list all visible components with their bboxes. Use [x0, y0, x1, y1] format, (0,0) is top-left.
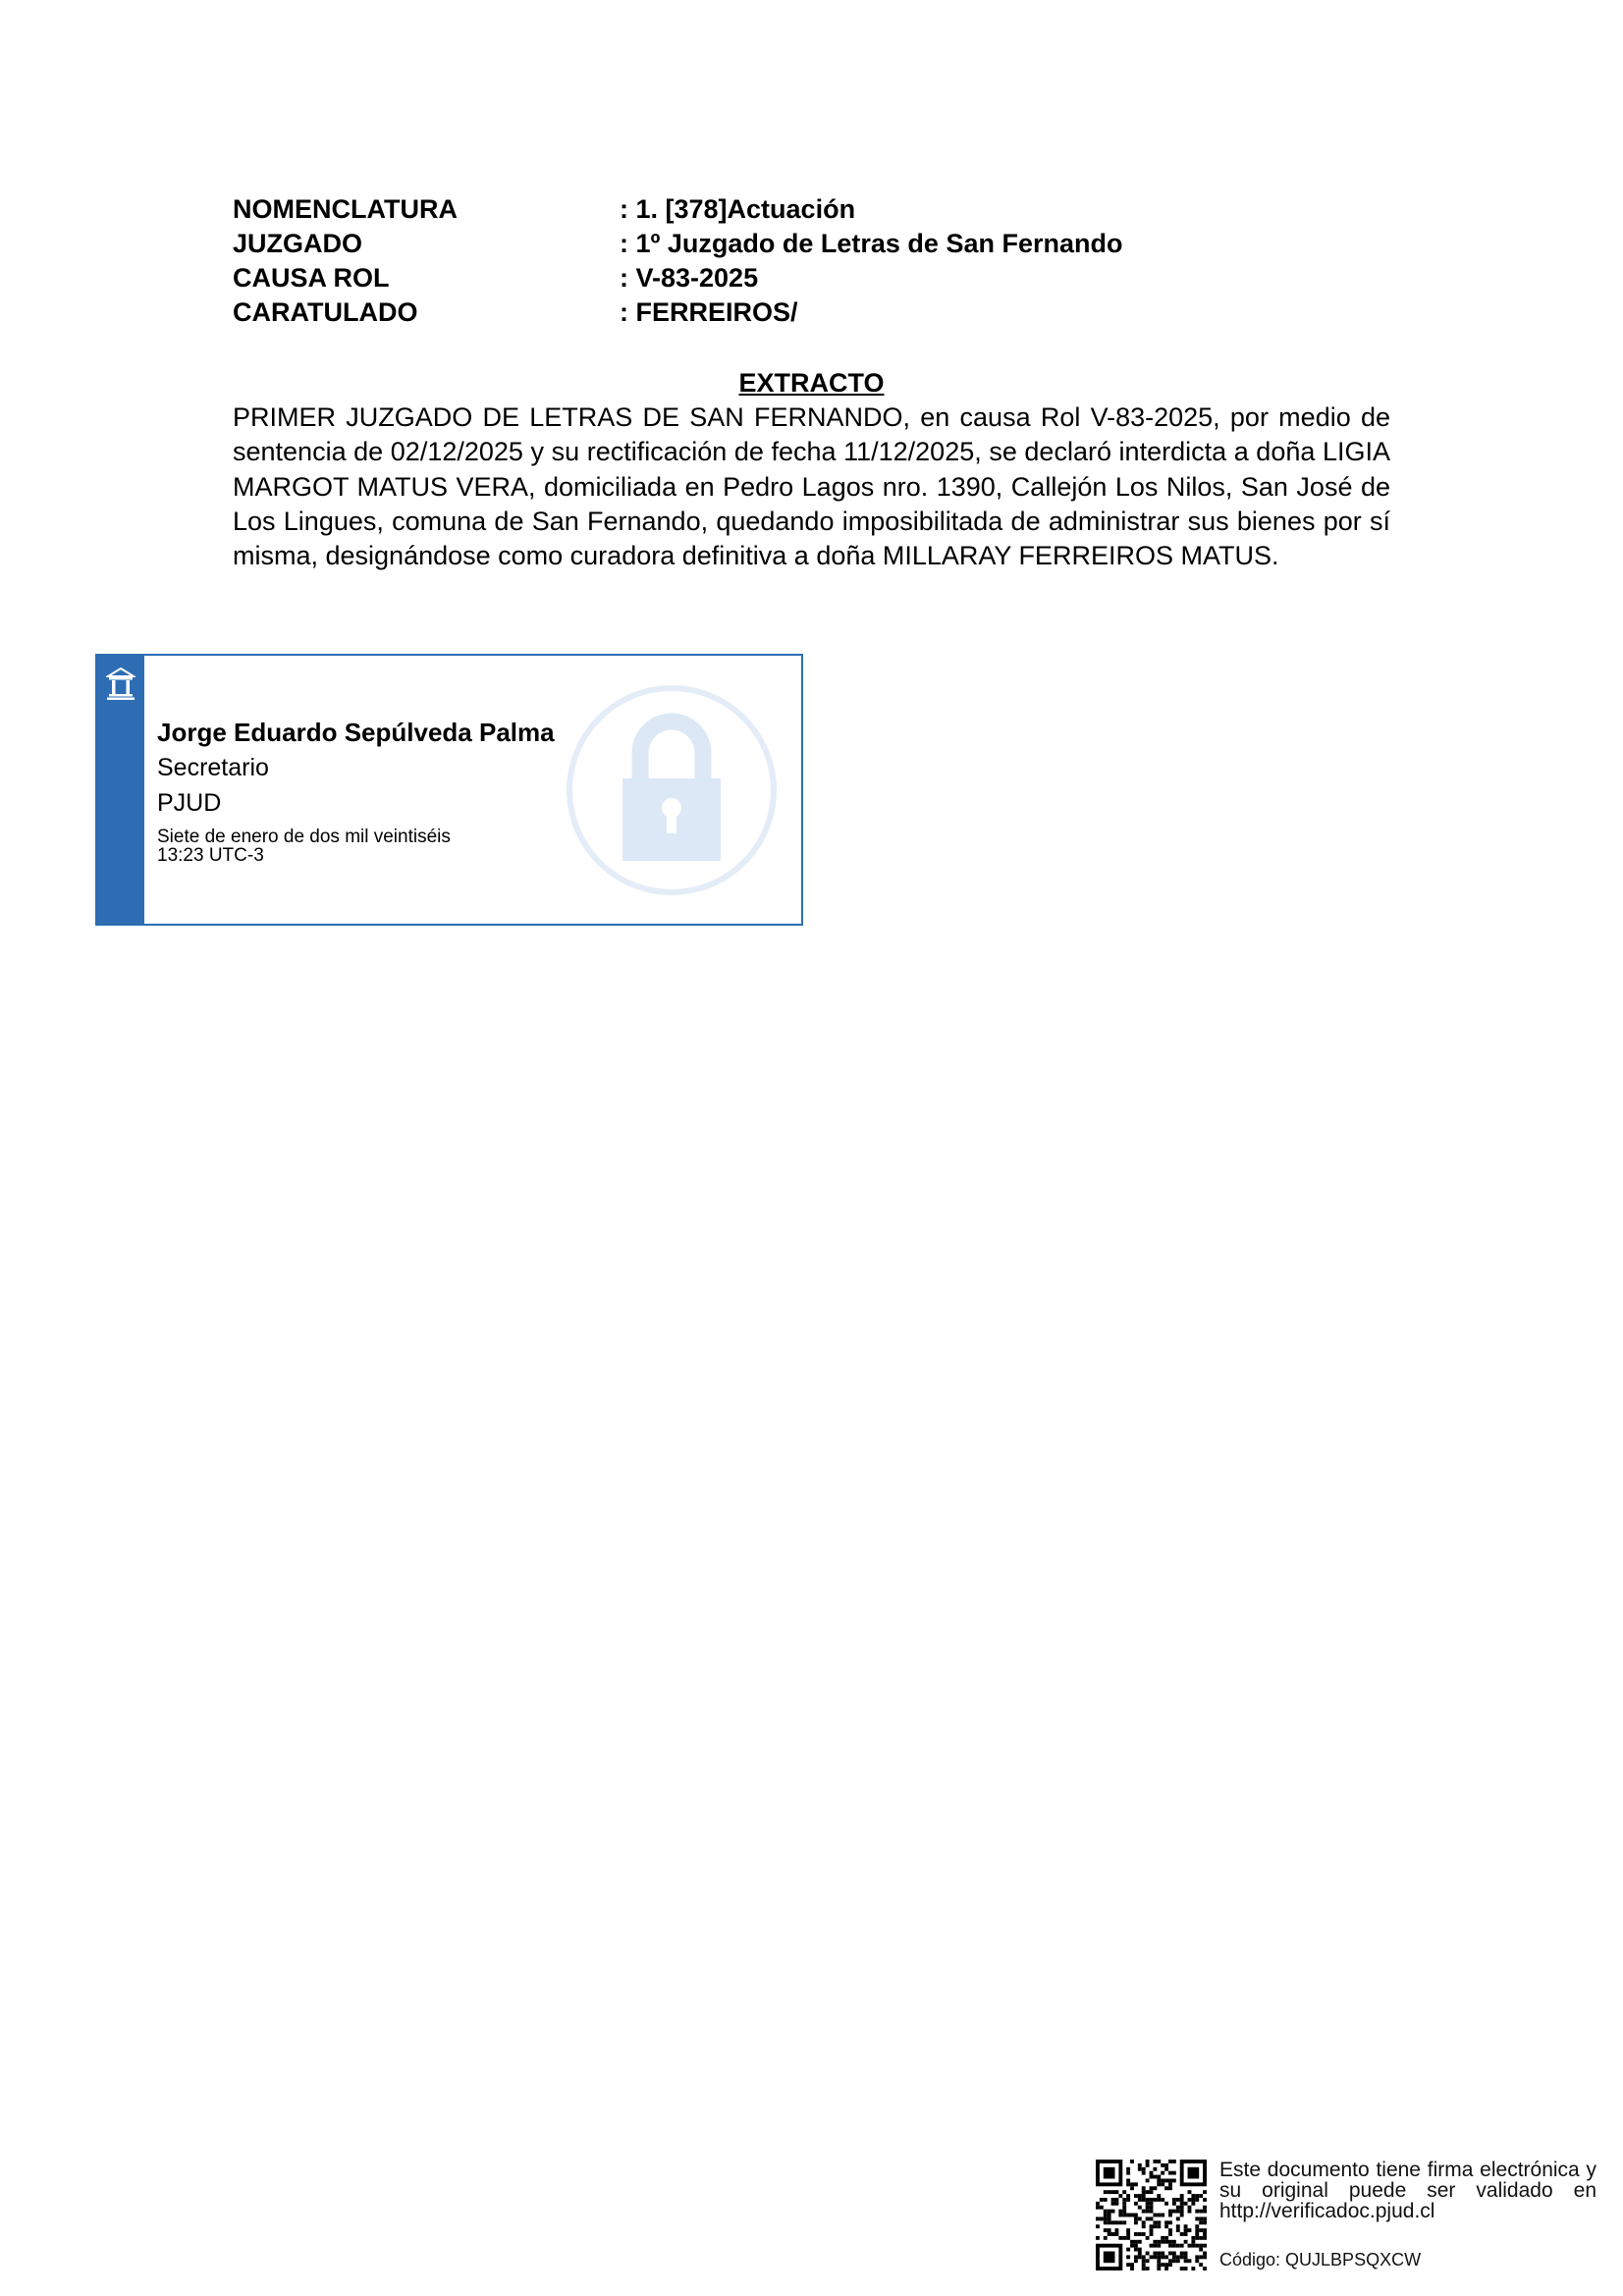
- verification-footer: Este documento tiene firma electrónica y…: [1096, 2160, 1606, 2272]
- case-header: NOMENCLATURA : 1. [378]Actuación JUZGADO…: [233, 192, 1122, 330]
- signature-time: 13:23 UTC-3: [157, 846, 451, 865]
- padlock-icon: [564, 682, 780, 898]
- field-label: CARATULADO: [233, 295, 620, 330]
- field-label: CAUSA ROL: [233, 261, 620, 295]
- signature-accent-bar: [97, 656, 144, 924]
- extracto-title: EXTRACTO: [233, 366, 1390, 400]
- signer-role: Secretario: [157, 754, 269, 782]
- field-value: : 1. [378]Actuación: [620, 192, 855, 227]
- verification-notice: Este documento tiene firma electrónica y…: [1219, 2160, 1596, 2221]
- signature-datetime: Siete de enero de dos mil veintiséis 13:…: [157, 828, 451, 865]
- header-row-juzgado: JUZGADO : 1º Juzgado de Letras de San Fe…: [233, 227, 1122, 261]
- verification-code: Código: QUJLBPSQXCW: [1219, 2250, 1421, 2270]
- field-value: : V-83-2025: [620, 261, 758, 295]
- header-row-caratulado: CARATULADO : FERREIROS/: [233, 295, 1122, 330]
- field-label: JUZGADO: [233, 227, 620, 261]
- field-value: : 1º Juzgado de Letras de San Fernando: [620, 227, 1122, 261]
- signature-date: Siete de enero de dos mil veintiséis: [157, 828, 451, 846]
- header-row-nomenclatura: NOMENCLATURA : 1. [378]Actuación: [233, 192, 1122, 227]
- field-label: NOMENCLATURA: [233, 192, 620, 227]
- signature-box: Jorge Eduardo Sepúlveda Palma Secretario…: [95, 654, 803, 926]
- field-value: : FERREIROS/: [620, 295, 798, 330]
- header-row-causa-rol: CAUSA ROL : V-83-2025: [233, 261, 1122, 295]
- extracto-body: PRIMER JUZGADO DE LETRAS DE SAN FERNANDO…: [233, 400, 1390, 573]
- qr-code-icon[interactable]: [1096, 2160, 1207, 2270]
- signer-name: Jorge Eduardo Sepúlveda Palma: [157, 718, 555, 748]
- signer-organization: PJUD: [157, 789, 221, 818]
- courthouse-icon: [106, 667, 135, 700]
